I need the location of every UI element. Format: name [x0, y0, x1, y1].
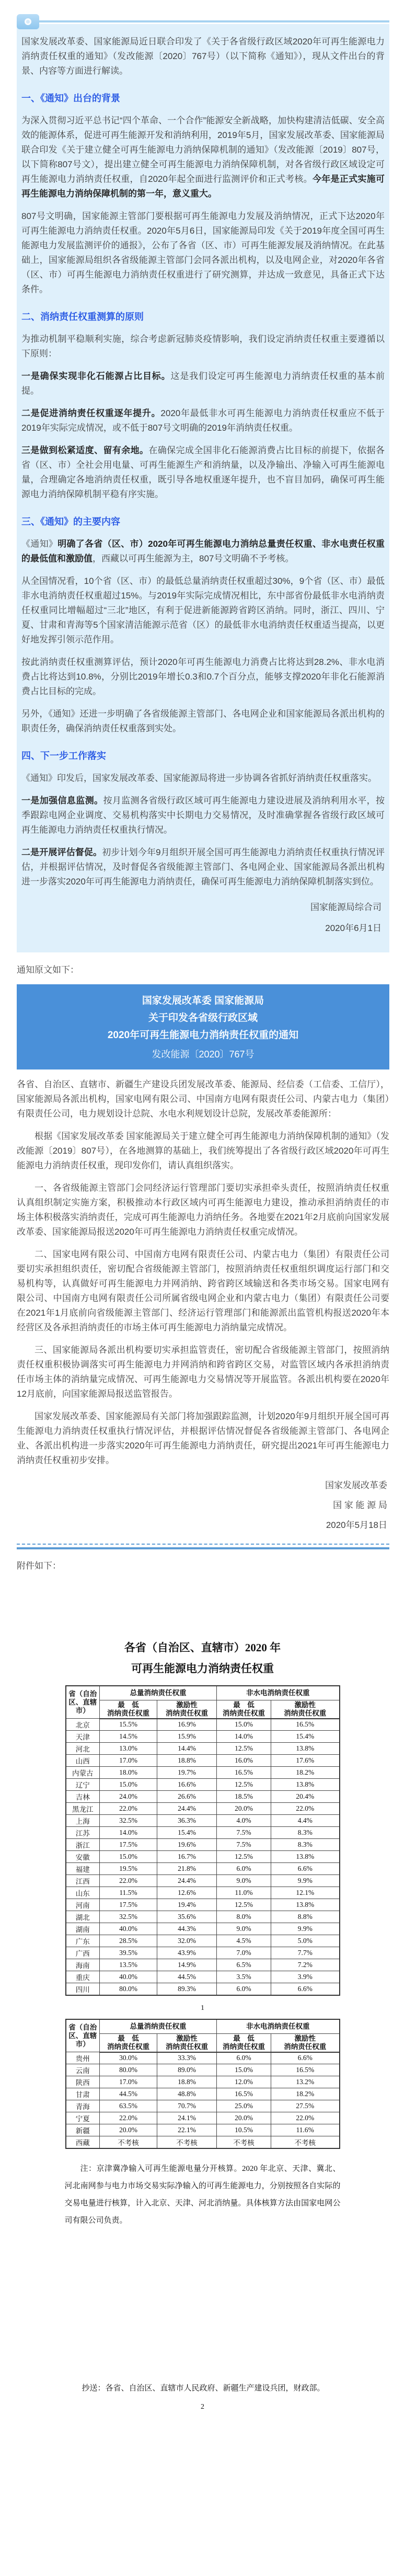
weight-cell: 18.0% — [100, 1767, 157, 1779]
table-row: 内蒙古18.0%19.7%16.5%18.2% — [66, 1767, 340, 1779]
notice-paragraph: 根据《国家发展改革委 国家能源局关于建立健全可再生能源电力消纳保障机制的通知》（… — [17, 1129, 389, 1173]
weight-cell: 19.6% — [157, 1839, 217, 1851]
weight-cell: 18.2% — [271, 1767, 340, 1779]
signature-org: 国家发展改革委 — [17, 1476, 387, 1496]
weight-cell: 6.0% — [217, 2052, 271, 2064]
province-cell: 吉林 — [66, 1791, 100, 1803]
table-row: 辽宁15.0%16.6%12.5%13.8% — [66, 1779, 340, 1791]
province-cell: 四川 — [66, 1983, 100, 1996]
header-line: 激励性 — [158, 2034, 215, 2043]
weight-cell: 7.0% — [217, 1947, 271, 1959]
article-signature: 国家能源局综合司 2020年6月1日 — [21, 897, 381, 939]
article-paragraph: 一是确保实现非化石能源占比目标。这是我们设定可再生能源电力消纳责任权重的基本前提… — [21, 369, 385, 398]
header-line: 激励性 — [272, 2034, 338, 2043]
weight-cell: 28.5% — [100, 1935, 157, 1947]
weight-cell: 32.0% — [157, 1935, 217, 1947]
weight-cell: 15.4% — [157, 1827, 217, 1839]
table-row: 陕西17.0%18.8%12.0%13.2% — [66, 2076, 340, 2088]
weight-cell: 8.3% — [271, 1839, 340, 1851]
weight-cell: 8.3% — [271, 1827, 340, 1839]
province-cell: 河北 — [66, 1743, 100, 1755]
province-cell: 海南 — [66, 1959, 100, 1971]
weight-cell: 8.8% — [271, 1911, 340, 1923]
province-cell: 广西 — [66, 1947, 100, 1959]
weight-cell: 12.5% — [217, 1899, 271, 1911]
weight-cell: 9.9% — [271, 1923, 340, 1935]
table-row: 福建19.5%21.8%6.0%6.6% — [66, 1863, 340, 1875]
article-paragraph: 二是开展评估督促。初步计划今年9月组织开展全国可再生能源电力消纳责任权重执行情况… — [21, 845, 385, 889]
weight-cell: 16.5% — [217, 1767, 271, 1779]
header-divider-line — [39, 20, 389, 22]
weight-cell: 80.0% — [100, 1983, 157, 1996]
notice-body: 各省、自治区、直辖市、新疆生产建设兵团发展改革委、能源局、经信委（工信委、工信厅… — [17, 1077, 389, 1535]
header-incentive-weight: 激励性消纳责任权重 — [157, 1700, 217, 1719]
header-line: 最 低 — [101, 1701, 156, 1709]
weight-cell: 9.0% — [217, 1923, 271, 1935]
table-row: 四川80.0%89.3%6.0%6.6% — [66, 1983, 340, 1996]
weight-cell: 18.8% — [157, 2076, 217, 2088]
weight-cell: 6.6% — [271, 1863, 340, 1875]
notice-paragraph: 国家发展改革委、国家能源局有关部门将加强跟踪监测，计划2020年9月组织开展全国… — [17, 1409, 389, 1468]
province-cell: 山西 — [66, 1755, 100, 1767]
article-paragraph: 为深入贯彻习近平总书记“四个革命、一个合作”能源安全新战略，加快构建清洁低碳、安… — [21, 113, 385, 201]
province-cell: 上海 — [66, 1815, 100, 1827]
weight-cell: 44.5% — [100, 2088, 157, 2100]
bottom-whitespace — [0, 2411, 405, 2435]
cc-line: 抄送：各省、自治区、直辖市人民政府、新疆生产建设兵团，财政部。 — [65, 2382, 341, 2395]
province-cell: 浙江 — [66, 1839, 100, 1851]
table-row: 山西17.0%18.8%16.0%17.6% — [66, 1755, 340, 1767]
weight-cell: 89.3% — [157, 1983, 217, 1996]
weight-cell: 32.5% — [100, 1815, 157, 1827]
weight-cell: 4.0% — [217, 1815, 271, 1827]
section-heading-4: 四、下一步工作落实 — [21, 749, 385, 763]
weight-cell: 6.0% — [217, 1983, 271, 1996]
weight-cell: 40.0% — [100, 1971, 157, 1983]
article-panel: 国家发展改革委、国家能源局近日联合印发了《关于各省级行政区域2020年可再生能源… — [17, 24, 389, 952]
weight-cell: 14.0% — [217, 1731, 271, 1743]
weight-cell: 12.1% — [271, 1887, 340, 1899]
notice-original-label: 通知原文如下： — [17, 963, 389, 977]
table-row: 天津14.5%15.9%14.0%15.4% — [66, 1731, 340, 1743]
weight-cell: 7.7% — [271, 1947, 340, 1959]
weight-cell: 12.0% — [217, 2076, 271, 2088]
weight-cell: 16.0% — [217, 1755, 271, 1767]
weight-cell: 22.0% — [100, 2112, 157, 2124]
header-line: 消纳责任权重 — [158, 1709, 215, 1718]
province-cell: 广东 — [66, 1935, 100, 1947]
weight-cell: 不考核 — [271, 2136, 340, 2149]
header-min-weight: 最 低消纳责任权重 — [100, 2033, 157, 2052]
weight-cell: 13.8% — [271, 1899, 340, 1911]
weights-table-page1: 省（自治区、直辖市） 总量消纳责任权重 非水电消纳责任权重 最 低消纳责任权重 … — [65, 1685, 340, 1996]
weight-cell: 15.0% — [100, 1851, 157, 1863]
province-cell: 新疆 — [66, 2124, 100, 2136]
article-paragraph: 从全国情况看，10个省（区、市）的最低总量消纳责任权重超过30%，9个省（区、市… — [21, 574, 385, 647]
weight-cell: 12.5% — [217, 1851, 271, 1863]
weight-cell: 18.5% — [217, 1791, 271, 1803]
header-province: 省（自治区、直辖市） — [66, 2019, 100, 2052]
weight-cell: 13.2% — [271, 2076, 340, 2088]
header-line: 消纳责任权重 — [218, 1709, 270, 1718]
weight-cell: 11.5% — [100, 1887, 157, 1899]
province-cell: 陕西 — [66, 2076, 100, 2088]
article-paragraph: 一是加强信息监测。按月监测各省级行政区域可再生能源电力建设进展及消纳利用水平，按… — [21, 793, 385, 837]
article-paragraph: 二是促进消纳责任权重逐年提升。2020年最低非水可再生能源电力消纳责任权重应不低… — [21, 406, 385, 435]
header-incentive-weight: 激励性消纳责任权重 — [271, 2033, 340, 2052]
province-cell: 安徽 — [66, 1851, 100, 1863]
article-paragraph: 按此消纳责任权重测算评估，预计2020年可再生能源电力消费占比将达到28.2%、… — [21, 655, 385, 699]
weight-cell: 22.0% — [271, 1803, 340, 1815]
weight-cell: 4.4% — [271, 1815, 340, 1827]
table-row: 宁夏22.0%24.1%20.0%22.0% — [66, 2112, 340, 2124]
weight-cell: 16.9% — [157, 1719, 217, 1731]
weight-cell: 22.0% — [100, 1803, 157, 1815]
header-nonhydro-group: 非水电消纳责任权重 — [217, 2019, 340, 2033]
weight-cell: 6.5% — [217, 1959, 271, 1971]
table-row: 上海32.5%36.3%4.0%4.4% — [66, 1815, 340, 1827]
weight-cell: 6.0% — [217, 1863, 271, 1875]
notice-paragraph: 一、各省级能源主管部门会同经济运行管理部门要切实承担牵头责任，按照消纳责任权重认… — [17, 1181, 389, 1239]
table-row: 河北13.0%14.4%12.5%13.8% — [66, 1743, 340, 1755]
weight-cell: 12.5% — [217, 1743, 271, 1755]
weight-cell: 20.4% — [271, 1791, 340, 1803]
paragraph-lead-bold: 一是加强信息监测。 — [21, 796, 103, 806]
notice-paragraph: 二、国家电网有限公司、中国南方电网有限责任公司、内蒙古电力（集团）有限责任公司要… — [17, 1247, 389, 1335]
weight-cell: 12.6% — [157, 1887, 217, 1899]
dashed-divider — [17, 1544, 389, 1545]
notice-salutation: 各省、自治区、直辖市、新疆生产建设兵团发展改革委、能源局、经信委（工信委、工信厅… — [17, 1077, 389, 1121]
header-incentive-weight: 激励性消纳责任权重 — [157, 2033, 217, 2052]
table-row: 海南13.5%14.9%6.5%7.2% — [66, 1959, 340, 1971]
table-body: 北京15.5%16.9%15.0%16.5%天津14.5%15.9%14.0%1… — [66, 1719, 340, 1996]
weight-cell: 8.0% — [217, 1911, 271, 1923]
province-cell: 云南 — [66, 2064, 100, 2076]
paragraph-lead-bold: 三是做到松紧适度、留有余地。 — [21, 445, 148, 455]
weight-cell: 17.0% — [100, 1755, 157, 1767]
weights-table-page2: 省（自治区、直辖市） 总量消纳责任权重 非水电消纳责任权重 最 低消纳责任权重 … — [65, 2019, 340, 2149]
province-cell: 江西 — [66, 1875, 100, 1887]
table-row: 新疆20.0%22.1%10.5%11.6% — [66, 2124, 340, 2136]
province-cell: 天津 — [66, 1731, 100, 1743]
table-row: 江苏14.0%15.4%7.5%8.3% — [66, 1827, 340, 1839]
weight-cell: 13.8% — [271, 1779, 340, 1791]
article-paragraph: 《通知》明确了各省（区、市）2020年可再生能源电力消纳总量责任权重、非水电责任… — [21, 537, 385, 566]
article-intro: 国家发展改革委、国家能源局近日联合印发了《关于各省级行政区域2020年可再生能源… — [21, 34, 385, 78]
weight-cell: 不考核 — [100, 2136, 157, 2149]
header-min-weight: 最 低消纳责任权重 — [100, 1700, 157, 1719]
article-paragraph: 为推动机制平稳顺利实施，综合考虑新冠肺炎疫情影响，我们设定消纳责任权重主要遵循以… — [21, 332, 385, 361]
weight-cell: 4.5% — [217, 1935, 271, 1947]
attachment-title-line1: 各省（自治区、直辖市）2020 年 — [0, 1637, 405, 1658]
table-row: 重庆40.0%44.5%3.5%3.9% — [66, 1971, 340, 1983]
notice-signature: 国家发展改革委 国 家 能 源 局 2020年5月18日 — [17, 1476, 387, 1535]
article-bullet-icon — [17, 14, 39, 29]
weight-cell: 14.0% — [100, 1827, 157, 1839]
article-paragraph: 807号文明确，国家能源主管部门要根据可再生能源电力发展及消纳情况，正式下达20… — [21, 209, 385, 297]
weight-cell: 24.1% — [157, 2112, 217, 2124]
weight-cell: 20.0% — [217, 2112, 271, 2124]
table-footnote: 注：京津冀净输入可再生能源电量分开核算。2020 年北京、天津、冀北、河北南网参… — [65, 2160, 341, 2229]
weight-cell: 7.2% — [271, 1959, 340, 1971]
header-line: 最 低 — [101, 2034, 156, 2043]
header-line: 最 低 — [218, 1701, 270, 1709]
province-cell: 甘肃 — [66, 2088, 100, 2100]
province-cell: 辽宁 — [66, 1779, 100, 1791]
weight-cell: 48.8% — [157, 2088, 217, 2100]
weight-cell: 12.5% — [217, 1779, 271, 1791]
circle-icon — [25, 18, 31, 25]
weight-cell: 32.5% — [100, 1911, 157, 1923]
table-row: 黑龙江22.0%24.4%20.0%22.0% — [66, 1803, 340, 1815]
weight-cell: 18.8% — [157, 1755, 217, 1767]
weight-cell: 3.5% — [217, 1971, 271, 1983]
weight-cell: 30.0% — [100, 2052, 157, 2064]
weight-cell: 63.5% — [100, 2100, 157, 2112]
signature-date: 2020年5月18日 — [17, 1515, 387, 1535]
weight-cell: 16.6% — [157, 1779, 217, 1791]
solid-divider — [17, 1547, 389, 1549]
paragraph-lead-bold: 一是确保实现非化石能源占比目标。 — [21, 371, 170, 381]
table-row: 湖南40.0%44.3%9.0%9.9% — [66, 1923, 340, 1935]
table-row: 广东28.5%32.0%4.5%5.0% — [66, 1935, 340, 1947]
paragraph-lead-bold: 二是促进消纳责任权重逐年提升。 — [21, 408, 160, 418]
weight-cell: 25.0% — [217, 2100, 271, 2112]
header-province: 省（自治区、直辖市） — [66, 1686, 100, 1719]
table-row: 吉林24.0%26.6%18.5%20.4% — [66, 1791, 340, 1803]
weight-cell: 43.9% — [157, 1947, 217, 1959]
province-cell: 贵州 — [66, 2052, 100, 2064]
province-cell: 西藏 — [66, 2136, 100, 2149]
notice-title-banner: 国家发展改革委 国家能源局 关于印发各省级行政区域 2020年可再生能源电力消纳… — [17, 984, 389, 1069]
weight-cell: 11.6% — [271, 2124, 340, 2136]
province-cell: 湖北 — [66, 1911, 100, 1923]
section-heading-3: 三、《通知》的主要内容 — [21, 514, 385, 529]
signature-org: 国家能源局综合司 — [21, 897, 381, 918]
weight-cell: 24.4% — [157, 1875, 217, 1887]
table-row: 西藏不考核不考核不考核不考核 — [66, 2136, 340, 2149]
province-cell: 河南 — [66, 1899, 100, 1911]
weight-cell: 13.5% — [100, 1959, 157, 1971]
weight-cell: 14.9% — [157, 1959, 217, 1971]
table-row: 甘肃44.5%48.8%16.5%18.2% — [66, 2088, 340, 2100]
weight-cell: 15.5% — [100, 1719, 157, 1731]
province-cell: 山东 — [66, 1887, 100, 1899]
weight-cell: 26.6% — [157, 1791, 217, 1803]
section-heading-2: 二、消纳责任权重测算的原则 — [21, 309, 385, 324]
weight-cell: 24.4% — [157, 1803, 217, 1815]
table-row: 广西39.5%43.9%7.0%7.7% — [66, 1947, 340, 1959]
weight-cell: 18.2% — [271, 2088, 340, 2100]
weight-cell: 17.5% — [100, 1839, 157, 1851]
weight-cell: 9.0% — [217, 1875, 271, 1887]
weight-cell: 19.7% — [157, 1767, 217, 1779]
weight-cell: 13.0% — [100, 1743, 157, 1755]
table-row: 北京15.5%16.9%15.0%16.5% — [66, 1719, 340, 1731]
weight-cell: 11.0% — [217, 1887, 271, 1899]
weight-cell: 16.5% — [217, 2088, 271, 2100]
province-cell: 青海 — [66, 2100, 100, 2112]
top-decoration — [0, 0, 405, 24]
weight-cell: 70.7% — [157, 2100, 217, 2112]
header-min-weight: 最 低消纳责任权重 — [217, 1700, 271, 1719]
weight-cell: 15.0% — [217, 2064, 271, 2076]
header-incentive-weight: 激励性消纳责任权重 — [271, 1700, 340, 1719]
weight-cell: 3.9% — [271, 1971, 340, 1983]
page-number-1: 1 — [0, 2004, 405, 2012]
header-line: 最 低 — [218, 2034, 270, 2043]
weight-cell: 6.6% — [271, 2052, 340, 2064]
weight-cell: 44.3% — [157, 1923, 217, 1935]
province-cell: 内蒙古 — [66, 1767, 100, 1779]
weight-cell: 16.7% — [157, 1851, 217, 1863]
attachment-title: 各省（自治区、直辖市）2020 年 可再生能源电力消纳责任权重 — [0, 1637, 405, 1679]
banner-title-line2: 关于印发各省级行政区域 — [22, 1009, 384, 1027]
weight-cell: 22.0% — [100, 1875, 157, 1887]
weight-cell: 13.8% — [271, 1851, 340, 1863]
table-row: 贵州30.0%33.3%6.0%6.6% — [66, 2052, 340, 2064]
banner-doc-number: 发改能源〔2020〕767号 — [22, 1045, 384, 1063]
weight-cell: 13.8% — [271, 1743, 340, 1755]
weight-cell: 33.3% — [157, 2052, 217, 2064]
header-line: 消纳责任权重 — [101, 1709, 156, 1718]
province-cell: 重庆 — [66, 1971, 100, 1983]
header-min-weight: 最 低消纳责任权重 — [217, 2033, 271, 2052]
header-nonhydro-group: 非水电消纳责任权重 — [217, 1686, 340, 1700]
banner-title-line1: 国家发展改革委 国家能源局 — [22, 992, 384, 1009]
article-paragraph: 另外，《通知》还进一步明确了各省级能源主管部门、各电网企业和国家能源局各派出机构… — [21, 707, 385, 736]
table-row: 河南17.5%19.4%12.5%13.8% — [66, 1899, 340, 1911]
weight-cell: 15.0% — [100, 1779, 157, 1791]
attachment-title-line2: 可再生能源电力消纳责任权重 — [0, 1658, 405, 1679]
paragraph-text: 《通知》 — [21, 539, 57, 549]
attachment-document: 各省（自治区、直辖市）2020 年 可再生能源电力消纳责任权重 省（自治区、直辖… — [0, 1637, 405, 2435]
weight-cell: 14.4% — [157, 1743, 217, 1755]
banner-title-line3: 2020年可再生能源电力消纳责任权重的通知 — [22, 1027, 384, 1044]
weight-cell: 89.0% — [157, 2064, 217, 2076]
table-row: 山东11.5%12.6%11.0%12.1% — [66, 1887, 340, 1899]
weight-cell: 15.4% — [271, 1731, 340, 1743]
table-row: 江西22.0%24.4%9.0%9.9% — [66, 1875, 340, 1887]
weight-cell: 14.5% — [100, 1731, 157, 1743]
weight-cell: 7.5% — [217, 1827, 271, 1839]
weight-cell: 6.6% — [271, 1983, 340, 1996]
weight-cell: 16.5% — [271, 2064, 340, 2076]
weight-cell: 39.5% — [100, 1947, 157, 1959]
weight-cell: 17.0% — [100, 2076, 157, 2088]
signature-date: 2020年6月1日 — [21, 918, 381, 939]
header-line: 消纳责任权重 — [218, 2043, 270, 2051]
province-cell: 福建 — [66, 1863, 100, 1875]
weight-cell: 15.0% — [217, 1719, 271, 1731]
weight-cell: 36.3% — [157, 1815, 217, 1827]
notice-paragraph: 三、国家能源局各派出机构要切实承担监管责任，密切配合省级能源主管部门，按照消纳责… — [17, 1343, 389, 1401]
header-line: 消纳责任权重 — [101, 2043, 156, 2051]
header-total-group: 总量消纳责任权重 — [100, 1686, 217, 1700]
page-number-2: 2 — [0, 2403, 405, 2411]
province-cell: 北京 — [66, 1719, 100, 1731]
weight-cell: 40.0% — [100, 1923, 157, 1935]
table-row: 安徽15.0%16.7%12.5%13.8% — [66, 1851, 340, 1863]
table-row: 云南80.0%89.0%15.0%16.5% — [66, 2064, 340, 2076]
header-line: 消纳责任权重 — [272, 2043, 338, 2051]
header-line: 消纳责任权重 — [158, 2043, 215, 2051]
header-line: 消纳责任权重 — [272, 1709, 338, 1718]
attachment-label: 附件如下： — [17, 1559, 389, 1573]
header-total-group: 总量消纳责任权重 — [100, 2019, 217, 2033]
weight-cell: 22.0% — [271, 2112, 340, 2124]
province-cell: 江苏 — [66, 1827, 100, 1839]
weight-cell: 10.5% — [217, 2124, 271, 2136]
weight-cell: 27.5% — [271, 2100, 340, 2112]
paragraph-lead-bold: 二是开展评估督促。 — [21, 847, 102, 857]
table-row: 湖北32.5%35.6%8.0%8.8% — [66, 1911, 340, 1923]
header-line: 激励性 — [272, 1701, 338, 1709]
paragraph-text: ，西藏以可再生能源为主，807号文明确不予考核。 — [92, 554, 294, 563]
weight-cell: 19.5% — [100, 1863, 157, 1875]
weight-cell: 80.0% — [100, 2064, 157, 2076]
weight-cell: 7.5% — [217, 1839, 271, 1851]
weight-cell: 不考核 — [217, 2136, 271, 2149]
weight-cell: 20.0% — [217, 1803, 271, 1815]
weight-cell: 19.4% — [157, 1899, 217, 1911]
weight-cell: 35.6% — [157, 1911, 217, 1923]
weight-cell: 44.5% — [157, 1971, 217, 1983]
table-row: 浙江17.5%19.6%7.5%8.3% — [66, 1839, 340, 1851]
weight-cell: 17.6% — [271, 1755, 340, 1767]
article-paragraph: 三是做到松紧适度、留有余地。在确保完成全国非化石能源消费占比目标的前提下，依据各… — [21, 443, 385, 502]
table-row: 青海63.5%70.7%25.0%27.5% — [66, 2100, 340, 2112]
header-line: 激励性 — [158, 1701, 215, 1709]
province-cell: 宁夏 — [66, 2112, 100, 2124]
weight-cell: 17.5% — [100, 1899, 157, 1911]
weight-cell: 15.9% — [157, 1731, 217, 1743]
weight-cell: 9.9% — [271, 1875, 340, 1887]
article-paragraph: 《通知》印发后，国家发展改革委、国家能源局将进一步协调各省抓好消纳责任权重落实。 — [21, 771, 385, 786]
weight-cell: 16.5% — [271, 1719, 340, 1731]
section-heading-1: 一、《通知》出台的背景 — [21, 91, 385, 106]
province-cell: 湖南 — [66, 1923, 100, 1935]
table-body: 贵州30.0%33.3%6.0%6.6%云南80.0%89.0%15.0%16.… — [66, 2052, 340, 2149]
weight-cell: 24.0% — [100, 1791, 157, 1803]
weight-cell: 22.1% — [157, 2124, 217, 2136]
weight-cell: 21.8% — [157, 1863, 217, 1875]
province-cell: 黑龙江 — [66, 1803, 100, 1815]
weight-cell: 5.0% — [271, 1935, 340, 1947]
signature-org: 国 家 能 源 局 — [17, 1496, 387, 1515]
weight-cell: 20.0% — [100, 2124, 157, 2136]
weight-cell: 不考核 — [157, 2136, 217, 2149]
